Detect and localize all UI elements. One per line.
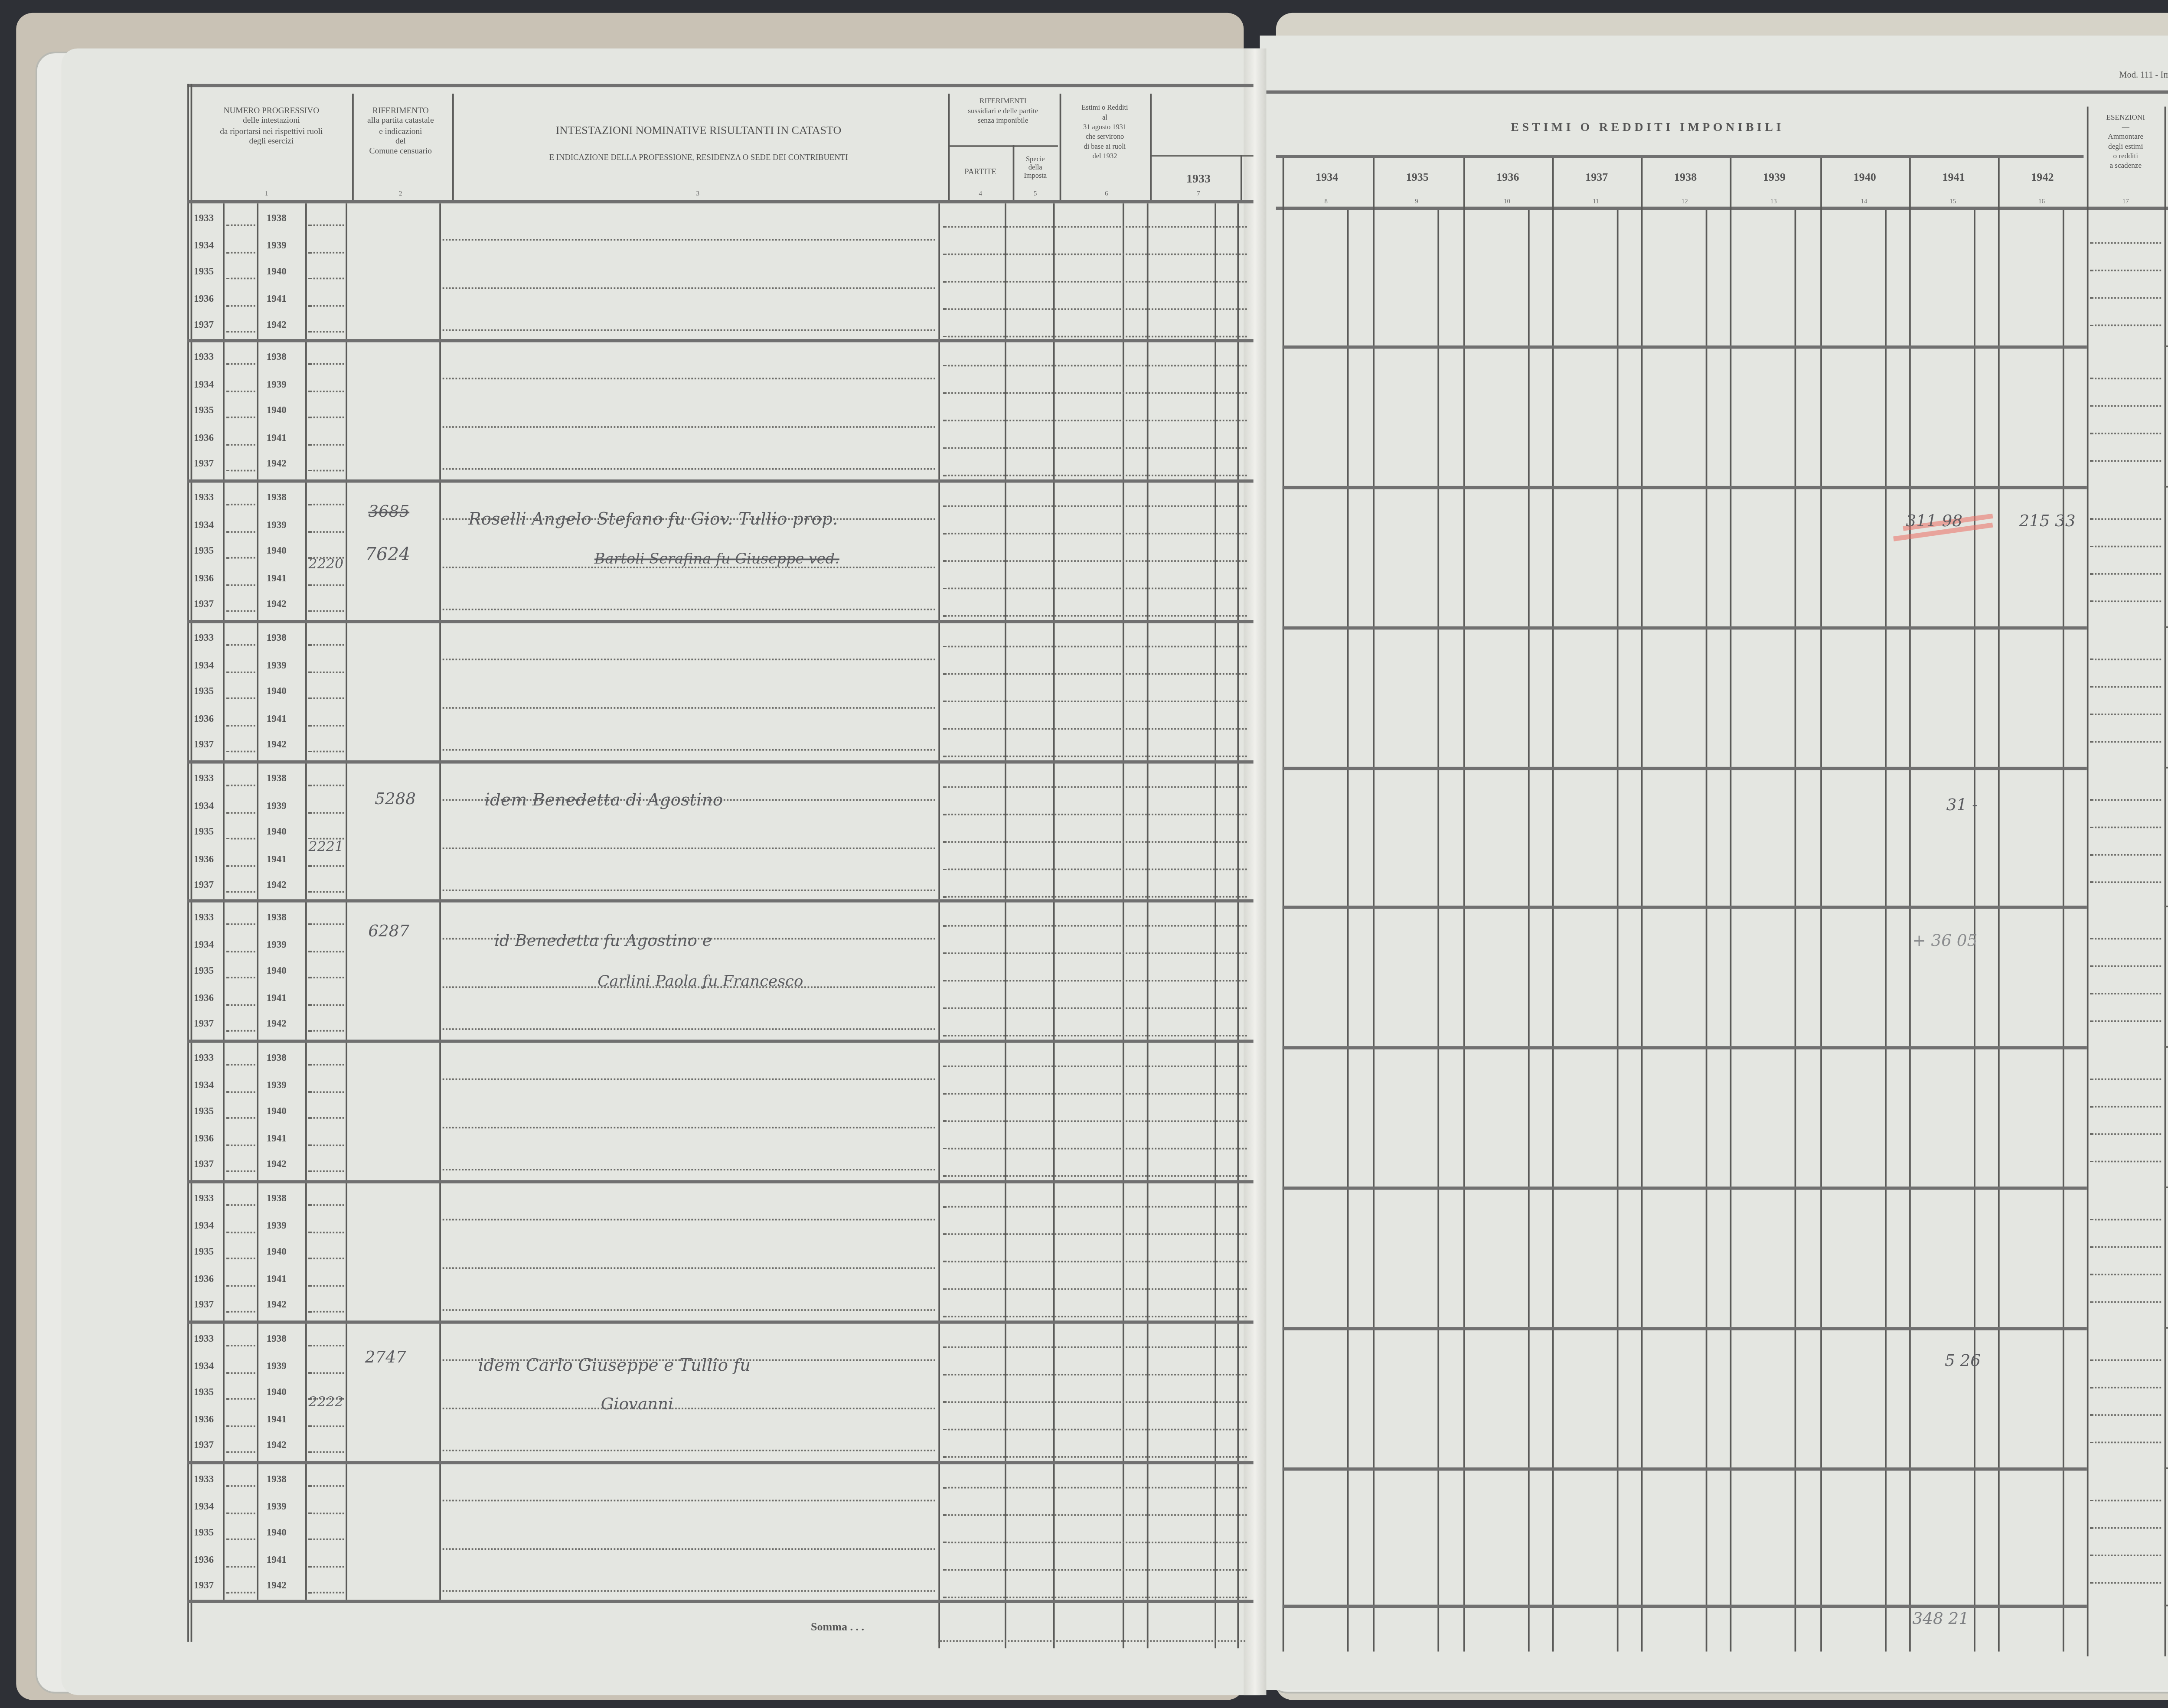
- col2-title: RIFERIMENTO: [352, 107, 449, 117]
- year-dotted: [226, 1485, 255, 1487]
- year-header-1939: 1939: [1730, 171, 1819, 184]
- year-col-vline: [1909, 158, 1911, 1652]
- col1-sub: da riportarsi nei rispettivi ruoli: [194, 127, 349, 137]
- year-label-right: 1940: [267, 966, 287, 977]
- amount-ruling: [943, 615, 1247, 617]
- left-table-left-border: [187, 84, 189, 1642]
- amount-ruling: [943, 588, 1247, 590]
- amount-ruling: [943, 756, 1247, 757]
- year-label-left: 1936: [194, 1273, 214, 1284]
- year-col-number: 11: [1588, 197, 1604, 205]
- col1-sub: degli esercizi: [194, 137, 349, 147]
- year-dotted: [308, 724, 344, 726]
- esenzioni-ruling: [2090, 1301, 2161, 1303]
- year-dotted: [308, 305, 344, 306]
- year-label-right: 1942: [267, 1160, 287, 1171]
- year-label-right: 1939: [267, 939, 287, 950]
- year-dotted: [308, 584, 344, 586]
- year-col-vline: [1998, 158, 2000, 1652]
- hdr-vline: [1013, 145, 1015, 200]
- year-label-left: 1937: [194, 1019, 214, 1030]
- year-label-left: 1933: [194, 213, 214, 225]
- entry-9-intestazione-line2: Giovanni: [601, 1396, 673, 1414]
- year-label-right: 1941: [267, 1273, 287, 1284]
- annotation-row-separator: [2165, 1467, 2168, 1469]
- year-label-right: 1942: [267, 1019, 287, 1030]
- amount-ruling: [943, 1233, 1247, 1235]
- amount-ruling: [943, 420, 1247, 421]
- esenzioni-ruling: [2090, 1106, 2161, 1108]
- col4-title: PARTITE: [948, 169, 1013, 179]
- year-header-top: [1276, 155, 2084, 158]
- cents-col-vline: [1528, 210, 1530, 1652]
- amount-ruling: [943, 1206, 1247, 1208]
- year-label-right: 1941: [267, 713, 287, 724]
- year-dotted: [226, 531, 255, 532]
- row-separator: [187, 339, 1254, 342]
- year-dotted: [226, 751, 255, 753]
- esenzioni-ruling: [2090, 993, 2161, 994]
- annotation-row-separator: [2165, 767, 2168, 769]
- year-dotted: [226, 1539, 255, 1541]
- year-header-1935: 1935: [1373, 171, 1462, 184]
- entry-9-riferimento: 2747: [365, 1349, 406, 1367]
- name-ruling: [443, 1309, 935, 1311]
- year-dotted: [226, 1452, 255, 1454]
- amount-ruling: [943, 1007, 1247, 1009]
- esenzioni-ruling: [2090, 1555, 2161, 1556]
- year-label-right: 1941: [267, 1554, 287, 1565]
- year-label-right: 1942: [267, 880, 287, 892]
- amount-ruling: [943, 1346, 1247, 1348]
- year-label-right: 1938: [267, 213, 287, 225]
- year-col-number: 15: [1945, 197, 1961, 205]
- entry-3-progressivo: 2220: [308, 557, 343, 573]
- esenzioni-ruling: [2090, 799, 2161, 801]
- esenzioni-ruling: [2090, 546, 2161, 548]
- year-dotted: [226, 1118, 255, 1119]
- esenzioni-ruling: [2090, 1274, 2161, 1275]
- amount-ruling: [943, 1175, 1247, 1177]
- somma-dotted: [938, 1640, 1245, 1642]
- amount-ruling: [943, 1456, 1247, 1458]
- name-ruling: [443, 707, 935, 709]
- esenzioni-ruling: [2090, 1079, 2161, 1080]
- row-separator: [1283, 1327, 2087, 1330]
- col6-title-line: 31 agosto 1931: [1060, 123, 1150, 132]
- amount-ruling: [943, 1597, 1247, 1598]
- cents-col-vline: [1795, 210, 1796, 1652]
- cents-col-vline: [1617, 210, 1619, 1652]
- year-label-left: 1937: [194, 1300, 214, 1311]
- year-dotted: [226, 278, 255, 280]
- right-header-bottom: [1276, 207, 2168, 210]
- hdr-vline: [1241, 155, 1242, 200]
- row-separator: [1283, 906, 2087, 909]
- year-label-right: 1939: [267, 1220, 287, 1231]
- year-label-right: 1942: [267, 1300, 287, 1311]
- year-dotted: [226, 892, 255, 893]
- esenzioni-ruling: [2090, 741, 2161, 743]
- year-dotted: [308, 1566, 344, 1568]
- year-label-right: 1941: [267, 993, 287, 1004]
- entry-9-progressivo: 2222: [308, 1395, 343, 1411]
- year-dotted: [308, 785, 344, 786]
- year-dotted: [226, 1566, 255, 1568]
- year-dotted: [308, 1064, 344, 1066]
- name-ruling: [443, 1028, 935, 1030]
- year-label-left: 1933: [194, 1474, 214, 1485]
- entry-3-estimi-1941-struck: 311 98: [1906, 513, 1962, 531]
- col3-subtitle: E INDICAZIONE DELLA PROFESSIONE, RESIDEN…: [452, 155, 945, 165]
- year-col-vline: [1463, 158, 1465, 1652]
- amount-ruling: [943, 952, 1247, 954]
- year-dotted: [226, 1144, 255, 1146]
- row-separator: [187, 1461, 1254, 1464]
- year-label-right: 1940: [267, 1528, 287, 1539]
- row-separator: [1283, 1467, 2087, 1470]
- year-dotted: [226, 1592, 255, 1594]
- col2-header: RIFERIMENTO alla partita catastale e ind…: [352, 107, 449, 157]
- year-label-left: 1936: [194, 1554, 214, 1565]
- amount-ruling: [943, 1429, 1247, 1431]
- row-separator: [187, 479, 1254, 482]
- year-col-number: 13: [1766, 197, 1782, 205]
- year-label-right: 1940: [267, 686, 287, 698]
- year-dotted: [226, 923, 255, 925]
- col1-sub: delle intestazioni: [194, 117, 349, 127]
- entry-9-estimi-1941: 5 26: [1945, 1353, 1981, 1371]
- year-label-left: 1933: [194, 492, 214, 504]
- entry-5-intestazione: idem Benedetta di Agostino: [485, 791, 723, 811]
- amount-ruling: [943, 254, 1247, 255]
- name-ruling: [443, 890, 935, 891]
- year-dotted: [308, 504, 344, 505]
- year-label-right: 1940: [267, 405, 287, 417]
- year-label-right: 1942: [267, 600, 287, 611]
- entry-5-estimi-1941: 31 -: [1946, 798, 1978, 815]
- year-header-1934: 1934: [1283, 171, 1371, 184]
- entry-3-intestazione-line2: Bartoli Serafina fu Giuseppe ved.: [594, 552, 839, 568]
- year-dotted: [226, 584, 255, 586]
- amount-ruling: [943, 814, 1247, 815]
- year-dotted: [308, 1512, 344, 1514]
- esenzioni-ruling: [2090, 714, 2161, 715]
- year-label-right: 1941: [267, 432, 287, 443]
- year-label-right: 1942: [267, 320, 287, 332]
- name-ruling: [443, 1590, 935, 1592]
- year-dotted: [226, 1204, 255, 1206]
- esenzioni-ruling: [2090, 1219, 2161, 1221]
- esenzioni-ruling: [2090, 325, 2161, 326]
- year-dotted: [308, 644, 344, 646]
- amount-ruling: [943, 226, 1247, 228]
- name-ruling: [443, 1500, 935, 1502]
- year-dotted: [226, 611, 255, 613]
- year-label-left: 1933: [194, 352, 214, 363]
- row-separator: [1283, 767, 2087, 770]
- year-dotted: [308, 1171, 344, 1173]
- year-label-right: 1941: [267, 854, 287, 865]
- year-col-number: 14: [1856, 197, 1872, 205]
- year-dotted: [226, 1285, 255, 1287]
- amount-ruling: [943, 925, 1247, 927]
- cents-col-vline: [1706, 210, 1708, 1652]
- col7-number: 7: [1190, 189, 1206, 197]
- amount-ruling: [943, 505, 1247, 507]
- esenzioni-ruling: [2090, 1500, 2161, 1502]
- col3-number: 3: [690, 189, 706, 197]
- year-dotted: [308, 417, 344, 418]
- esenzioni-ruling: [2090, 1020, 2161, 1022]
- year-dotted: [308, 751, 344, 753]
- year-dotted: [308, 1118, 344, 1119]
- year-dotted: [308, 1425, 344, 1427]
- year-dotted: [226, 644, 255, 646]
- year-dotted: [226, 1311, 255, 1313]
- annotation-row-separator: [2165, 1186, 2168, 1188]
- year-dotted: [308, 1285, 344, 1287]
- esenzioni-ruling: [2090, 460, 2161, 462]
- annotation-row-separator: [2165, 906, 2168, 907]
- year-label-right: 1941: [267, 293, 287, 305]
- esenzioni-ruling: [2090, 270, 2161, 271]
- year-label-left: 1933: [194, 912, 214, 923]
- amount-ruling: [943, 673, 1247, 675]
- col2-sub: Comune censuario: [352, 147, 449, 157]
- year-dotted: [226, 557, 255, 559]
- entry-3-riferimento-old: 3685: [368, 504, 409, 522]
- row-separator: [1283, 1186, 2087, 1190]
- col6-number: 6: [1098, 189, 1114, 197]
- year-label-right: 1938: [267, 352, 287, 363]
- col5-title: Specie della Imposta: [1013, 155, 1058, 180]
- year-label-right: 1940: [267, 827, 287, 838]
- year-label-right: 1938: [267, 633, 287, 644]
- year-dotted: [226, 390, 255, 392]
- year-header-1937: 1937: [1552, 171, 1641, 184]
- year-col-vline: [1283, 158, 1284, 1652]
- year-dotted: [308, 470, 344, 472]
- esenzioni-ruling: [2090, 658, 2161, 660]
- year-col-vline: [1730, 158, 1732, 1652]
- year-dotted: [308, 1004, 344, 1006]
- year-label-left: 1936: [194, 854, 214, 865]
- name-ruling: [443, 468, 935, 470]
- year-dotted: [226, 1258, 255, 1260]
- esenzioni-ruling: [2090, 938, 2161, 940]
- name-ruling: [443, 1267, 935, 1269]
- year-label-left: 1934: [194, 939, 214, 950]
- year-label-right: 1940: [267, 267, 287, 278]
- year-dotted: [226, 1512, 255, 1514]
- year-label-left: 1934: [194, 1220, 214, 1231]
- col5-title-line: della: [1013, 163, 1058, 172]
- esenzioni-ruling: [2090, 573, 2161, 575]
- amount-ruling: [943, 1487, 1247, 1489]
- year-dotted: [226, 1425, 255, 1427]
- year-col-number: 8: [1318, 197, 1334, 205]
- entry-3-riferimento: 7624: [365, 544, 410, 565]
- cents-col-vline: [1347, 210, 1349, 1652]
- annotation-row-separator: [2165, 1605, 2168, 1607]
- hdr-vline: [1150, 94, 1152, 200]
- amount-ruling: [943, 1148, 1247, 1150]
- esenzioni-sub: Ammontare: [2087, 132, 2165, 142]
- name-ruling: [443, 658, 935, 660]
- year-label-right: 1942: [267, 1441, 287, 1452]
- amount-ruling: [943, 869, 1247, 870]
- row-separator: [187, 1320, 1254, 1323]
- year-dotted: [308, 1592, 344, 1594]
- year-dotted: [226, 417, 255, 418]
- year-dotted: [226, 1345, 255, 1346]
- year-label-right: 1938: [267, 1193, 287, 1204]
- year-label-right: 1939: [267, 379, 287, 390]
- year-label-left: 1935: [194, 1106, 214, 1118]
- esenzioni-ruling: [2090, 686, 2161, 688]
- col2-sub: e indicazioni: [352, 127, 449, 137]
- year-label-left: 1935: [194, 827, 214, 838]
- name-ruling: [443, 1169, 935, 1170]
- year-label-left: 1934: [194, 519, 214, 531]
- esenzioni-ruling: [2090, 1161, 2161, 1163]
- year-dotted: [308, 1231, 344, 1233]
- year-dotted: [226, 470, 255, 472]
- col6-title-line: del 1932: [1060, 152, 1150, 161]
- year-label-right: 1941: [267, 1133, 287, 1144]
- col45-title: RIFERIMENTI: [948, 97, 1058, 106]
- name-ruling: [443, 847, 935, 849]
- year-label-left: 1934: [194, 800, 214, 812]
- esenzioni-ruling: [2090, 1246, 2161, 1248]
- year-dotted: [226, 724, 255, 726]
- year-label-left: 1937: [194, 1160, 214, 1171]
- hdr-vline: [2165, 107, 2166, 1656]
- year-label-left: 1937: [194, 320, 214, 332]
- year-dotted: [226, 225, 255, 226]
- name-ruling: [443, 1548, 935, 1550]
- col6-title-line: al: [1060, 113, 1150, 123]
- year-label-left: 1936: [194, 713, 214, 724]
- amount-ruling: [943, 728, 1247, 730]
- year-dotted: [308, 531, 344, 532]
- name-ruling: [443, 1127, 935, 1128]
- year-dotted: [308, 923, 344, 925]
- esenzioni-header: ESENZIONI — Ammontare degli estimi o red…: [2087, 113, 2165, 171]
- col6-title-line: di base ai ruoli: [1060, 142, 1150, 152]
- year-label-left: 1934: [194, 1360, 214, 1372]
- year-label-right: 1938: [267, 1333, 287, 1345]
- year-label-left: 1936: [194, 573, 214, 584]
- year-header-1938: 1938: [1641, 171, 1730, 184]
- col3-title: INTESTAZIONI NOMINATIVE RISULTANTI IN CA…: [452, 126, 945, 136]
- somma-label: Somma . . .: [811, 1621, 864, 1634]
- year-label-left: 1934: [194, 240, 214, 251]
- year-dotted: [308, 671, 344, 673]
- year-dotted: [226, 443, 255, 445]
- year-dotted: [308, 1091, 344, 1092]
- year-label-left: 1937: [194, 600, 214, 611]
- year-dotted: [308, 698, 344, 699]
- year-dotted: [226, 698, 255, 699]
- year-dotted: [226, 1030, 255, 1032]
- hdr-vline: [2087, 107, 2089, 1656]
- esenzioni-ruling: [2090, 1442, 2161, 1444]
- amount-ruling: [943, 1542, 1247, 1543]
- year-dotted: [308, 390, 344, 392]
- amount-ruling: [943, 896, 1247, 898]
- year-col-number: 16: [2034, 197, 2050, 205]
- year-label-left: 1937: [194, 1581, 214, 1592]
- hdr-vline: [1060, 94, 1061, 200]
- amount-ruling: [943, 392, 1247, 394]
- year-label-left: 1937: [194, 740, 214, 751]
- col5-number: 5: [1027, 189, 1043, 197]
- entry-6-intestazione-line2: Carlini Paola fu Francesco: [598, 974, 803, 991]
- amount-ruling: [943, 281, 1247, 283]
- year-col-vline: [1641, 158, 1643, 1652]
- amount-ruling: [943, 1093, 1247, 1095]
- body-vline: [938, 203, 940, 1648]
- amount-ruling: [943, 1569, 1247, 1571]
- year-label-right: 1939: [267, 660, 287, 671]
- amount-ruling: [943, 1316, 1247, 1317]
- year-label-left: 1933: [194, 1193, 214, 1204]
- year-dotted: [308, 1258, 344, 1260]
- esenzioni-ruling: [2090, 1414, 2161, 1416]
- esenzioni-ruling: [2090, 433, 2161, 434]
- year-label-right: 1939: [267, 800, 287, 812]
- col6-header: Estimi o Redditi al 31 agosto 1931 che s…: [1060, 103, 1150, 161]
- year-label-right: 1939: [267, 519, 287, 531]
- year-dotted: [226, 305, 255, 306]
- esenzioni-ruling: [2090, 1582, 2161, 1584]
- annotation-row-separator: [2165, 346, 2168, 347]
- esenzioni-ruling: [2090, 1133, 2161, 1135]
- name-ruling: [443, 749, 935, 751]
- year-header-1942: 1942: [1998, 171, 2087, 184]
- name-ruling: [443, 1408, 935, 1409]
- year-dotted: [226, 504, 255, 505]
- year-label-left: 1936: [194, 1133, 214, 1144]
- amount-ruling: [943, 786, 1247, 788]
- year-dotted: [226, 838, 255, 840]
- annotation-row-separator: [2165, 626, 2168, 628]
- year-label-left: 1933: [194, 773, 214, 785]
- row-separator: [187, 620, 1254, 623]
- year-col-vline: [1552, 158, 1554, 1652]
- entry-6-intestazione-line1: id Benedetta fu Agostino e: [494, 933, 712, 951]
- year-label-right: 1940: [267, 1387, 287, 1398]
- col45-sub: sussidiari e delle partite: [948, 106, 1058, 116]
- right-page: [1260, 36, 2168, 1690]
- year-dotted: [308, 1539, 344, 1541]
- year-label-right: 1940: [267, 1106, 287, 1118]
- col1-title: NUMERO PROGRESSIVO: [194, 107, 349, 117]
- amount-ruling: [943, 447, 1247, 449]
- row-separator: [1283, 1605, 2087, 1608]
- year-dotted: [308, 1452, 344, 1454]
- year-dotted: [308, 225, 344, 226]
- cents-col-vline: [1885, 210, 1887, 1652]
- row-separator: [187, 899, 1254, 902]
- amount-ruling: [943, 1120, 1247, 1122]
- name-ruling: [443, 239, 935, 241]
- year-dotted: [226, 865, 255, 867]
- amount-ruling: [943, 646, 1247, 648]
- year-dotted: [226, 1064, 255, 1066]
